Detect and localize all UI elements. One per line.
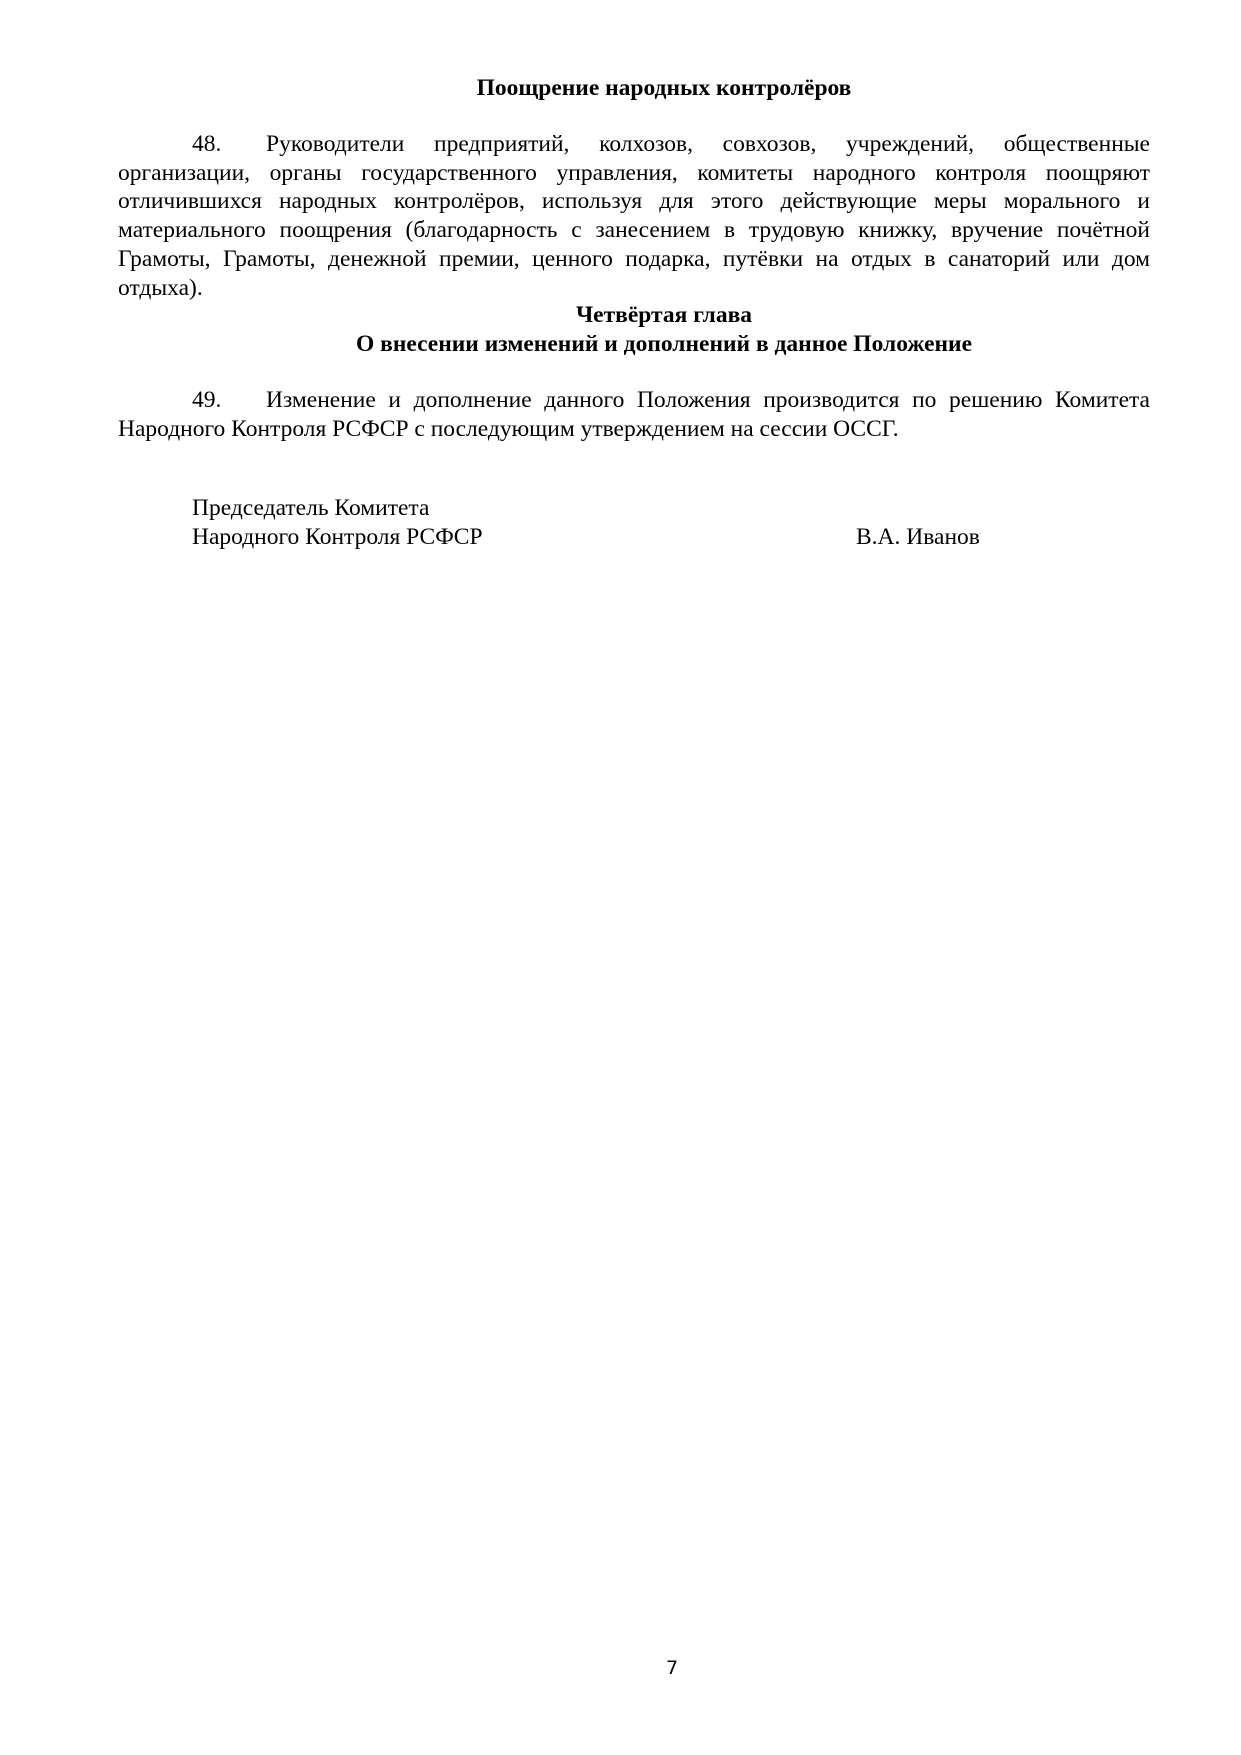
chapter-subtitle: О внесении изменений и дополнений в данн… bbox=[148, 330, 1180, 359]
paragraph-number: 49. bbox=[118, 386, 266, 415]
page-number: 7 bbox=[0, 1657, 1241, 1679]
chapter-title: Четвёртая глава bbox=[148, 301, 1180, 330]
signature-position-line1: Председатель Комитета bbox=[192, 494, 429, 523]
paragraph-number: 48. bbox=[118, 130, 266, 159]
section-heading: Поощрение народных контролёров bbox=[148, 74, 1180, 103]
paragraph-49: 49.Изменение и дополнение данного Положе… bbox=[118, 386, 1150, 443]
paragraph-48: 48.Руководители предприятий, колхозов, с… bbox=[118, 130, 1150, 302]
signature-position-line2: Народного Контроля РСФСР bbox=[192, 523, 483, 552]
document-page: Поощрение народных контролёров 48.Руково… bbox=[0, 0, 1241, 1755]
paragraph-text: Руководители предприятий, колхозов, совх… bbox=[118, 131, 1150, 301]
signature-name: В.А. Иванов bbox=[856, 523, 980, 552]
paragraph-text: Изменение и дополнение данного Положения… bbox=[118, 387, 1150, 442]
